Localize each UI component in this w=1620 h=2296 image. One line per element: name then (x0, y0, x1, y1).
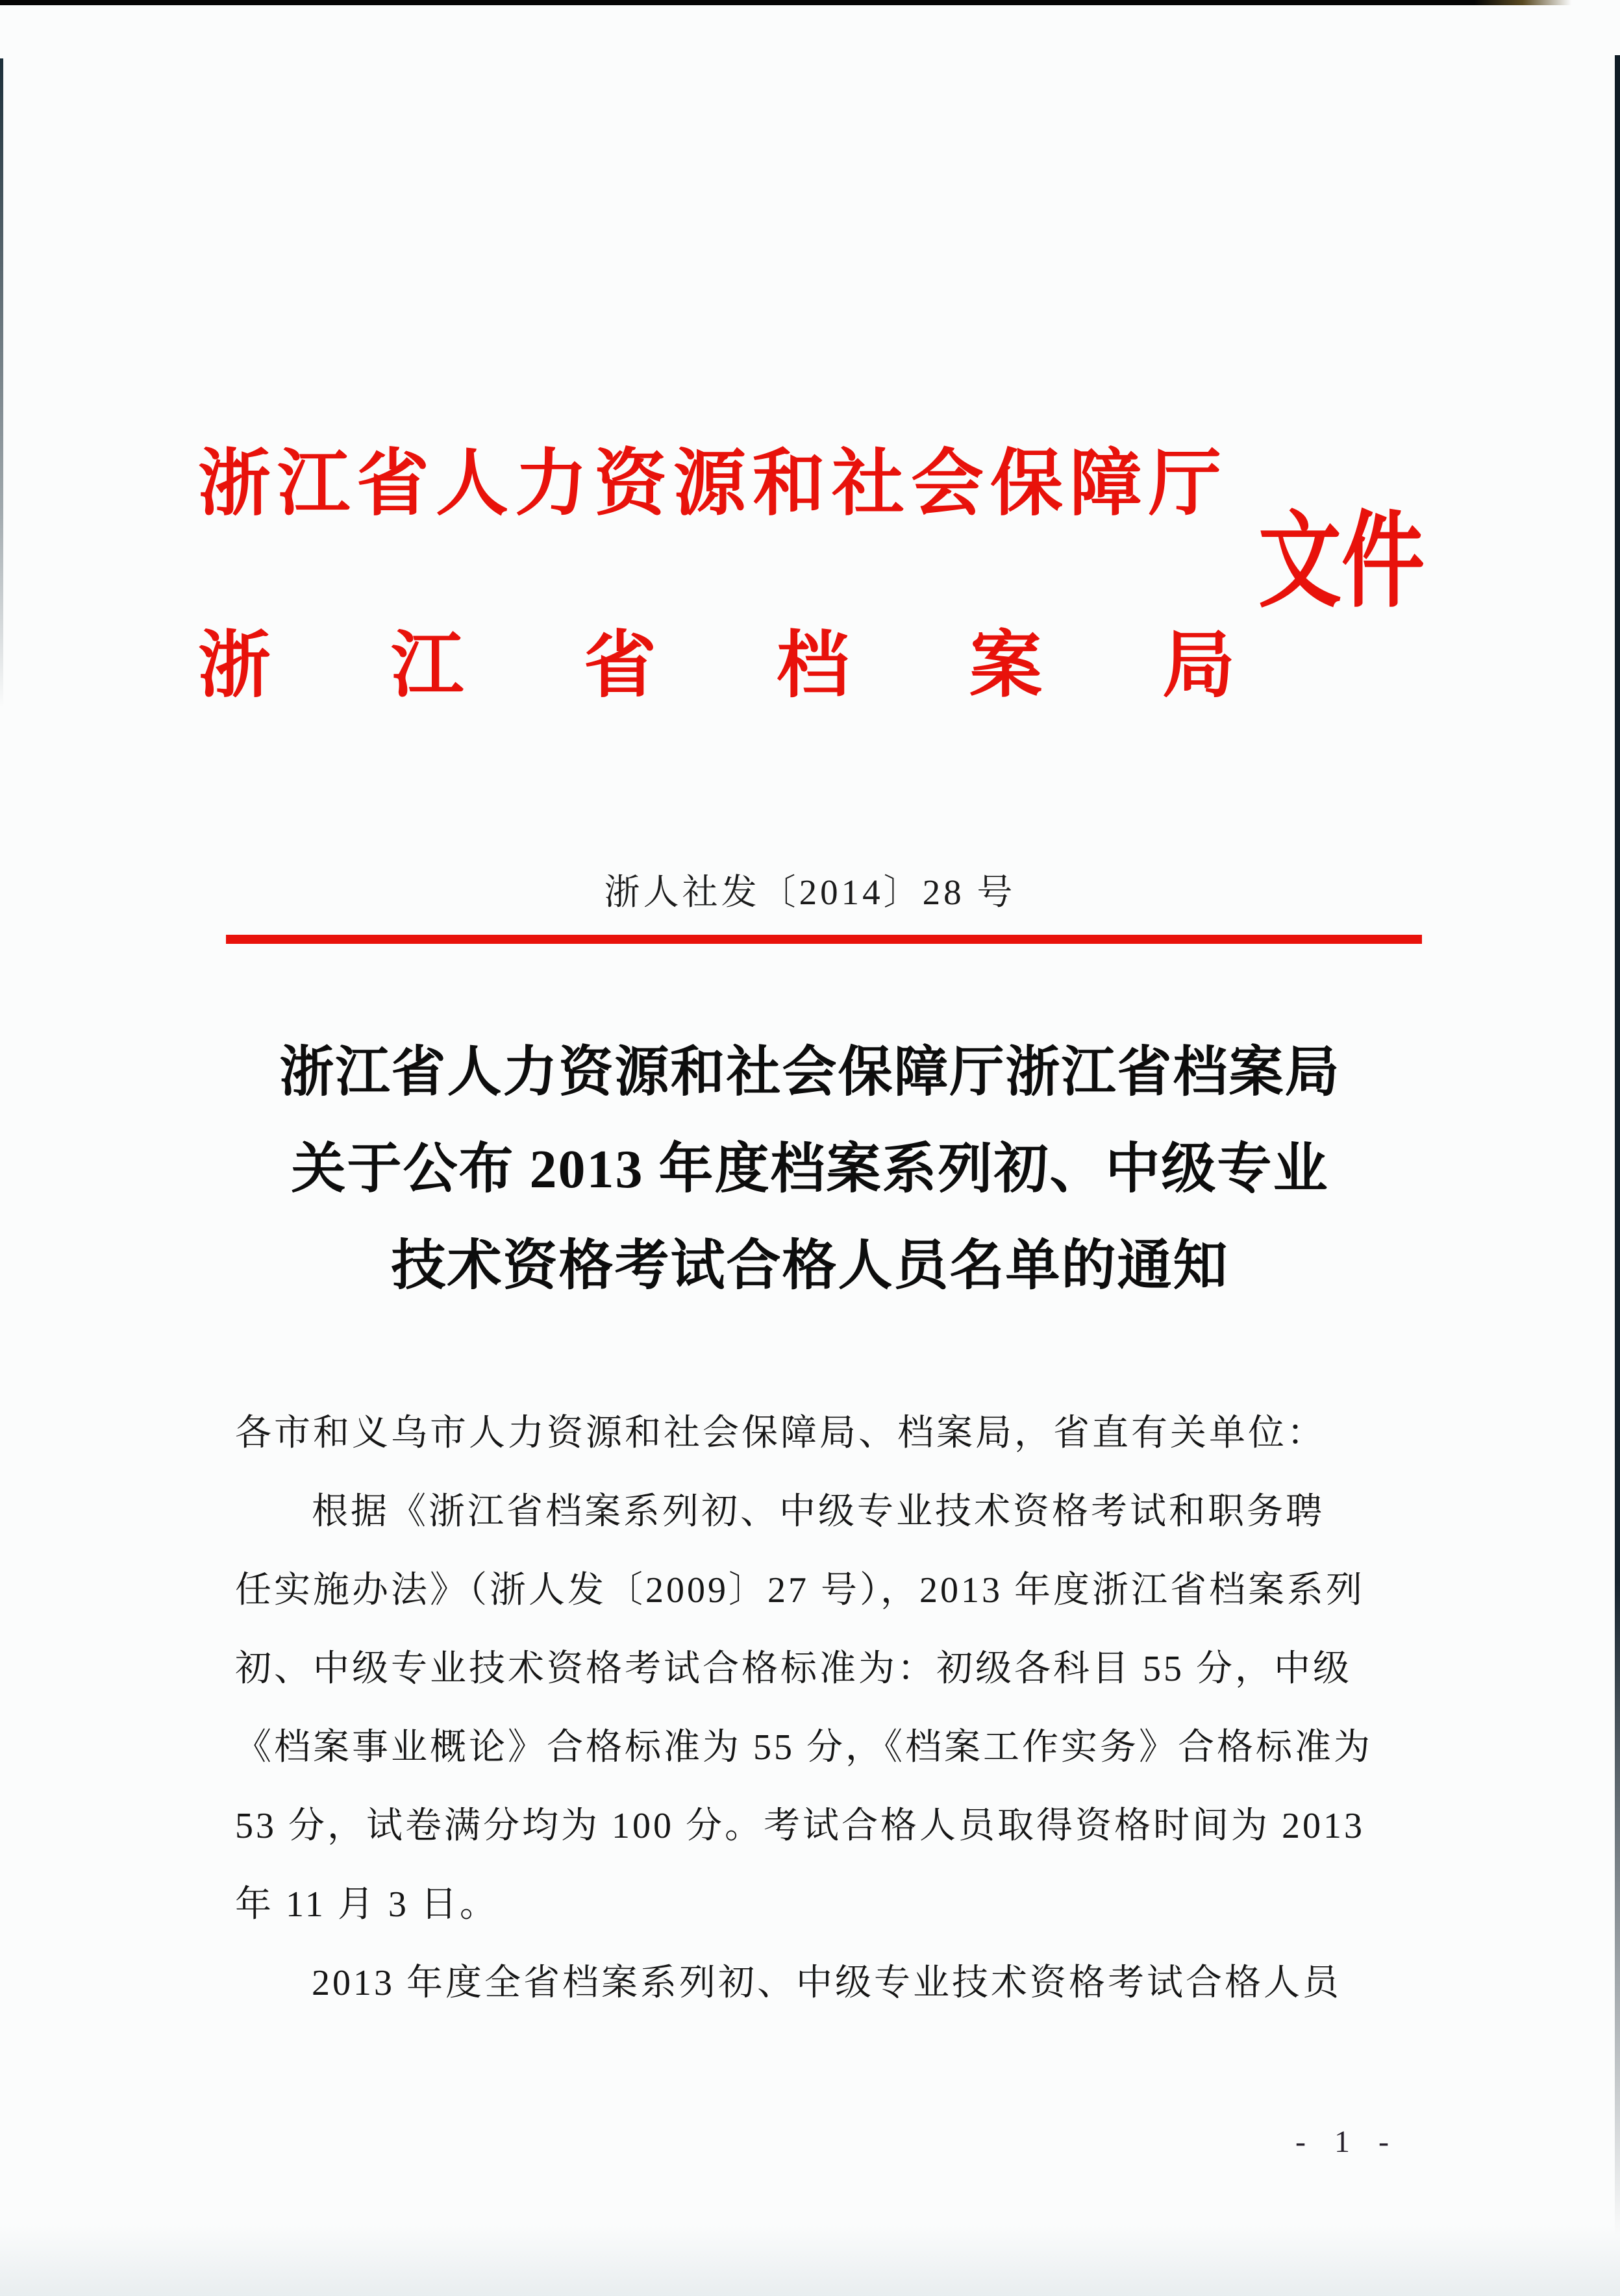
org-name-line2: 浙江省档案局 (198, 626, 1355, 706)
body-line-2: 根据《浙江省档案系列初、中级专业技术资格考试和职务聘 (235, 1473, 1430, 1551)
scan-edge-artifact-top (0, 0, 1620, 5)
doc-number: 浙人社发〔2014〕28 号 (0, 863, 1620, 915)
scan-shadow-bottom (0, 2225, 1620, 2296)
org-name-line1: 浙江省人力资源和社会保障厅 (198, 445, 1228, 525)
title-line-2: 关于公布 2013 年度档案系列初、中级专业 (162, 1121, 1458, 1218)
title-line-1: 浙江省人力资源和社会保障厅浙江省档案局 (162, 1024, 1458, 1121)
title-line-3: 技术资格考试合格人员名单的通知 (162, 1218, 1458, 1315)
scanned-document-page: 浙江省人力资源和社会保障厅 浙江省档案局 文件 浙人社发〔2014〕28 号 浙… (0, 0, 1620, 2296)
body-line-3: 任实施办法》（浙人发〔2009〕27 号），2013 年度浙江省档案系列 (235, 1551, 1430, 1630)
body-line-4: 初、中级专业技术资格考试合格标准为：初级各科目 55 分，中级 (235, 1630, 1430, 1709)
body-line-7: 年 11 月 3 日。 (235, 1866, 1430, 1944)
scan-edge-artifact-right (1615, 55, 1620, 2236)
body-line-6: 53 分，试卷满分均为 100 分。考试合格人员取得资格时间为 2013 (235, 1787, 1430, 1866)
page-number: - 1 - (1295, 2124, 1395, 2160)
red-separator-line (226, 935, 1422, 944)
doc-type-label: 文件 (1258, 510, 1425, 614)
document-body: 各市和义乌市人力资源和社会保障局、档案局，省直有关单位： 根据《浙江省档案系列初… (235, 1394, 1430, 2023)
body-line-8: 2013 年度全省档案系列初、中级专业技术资格考试合格人员 (235, 1944, 1430, 2023)
body-line-1: 各市和义乌市人力资源和社会保障局、档案局，省直有关单位： (235, 1394, 1430, 1473)
scan-edge-artifact-left (0, 58, 3, 708)
body-line-5: 《档案事业概论》合格标准为 55 分，《档案工作实务》合格标准为 (235, 1709, 1430, 1787)
document-title: 浙江省人力资源和社会保障厅浙江省档案局 关于公布 2013 年度档案系列初、中级… (162, 1024, 1458, 1315)
